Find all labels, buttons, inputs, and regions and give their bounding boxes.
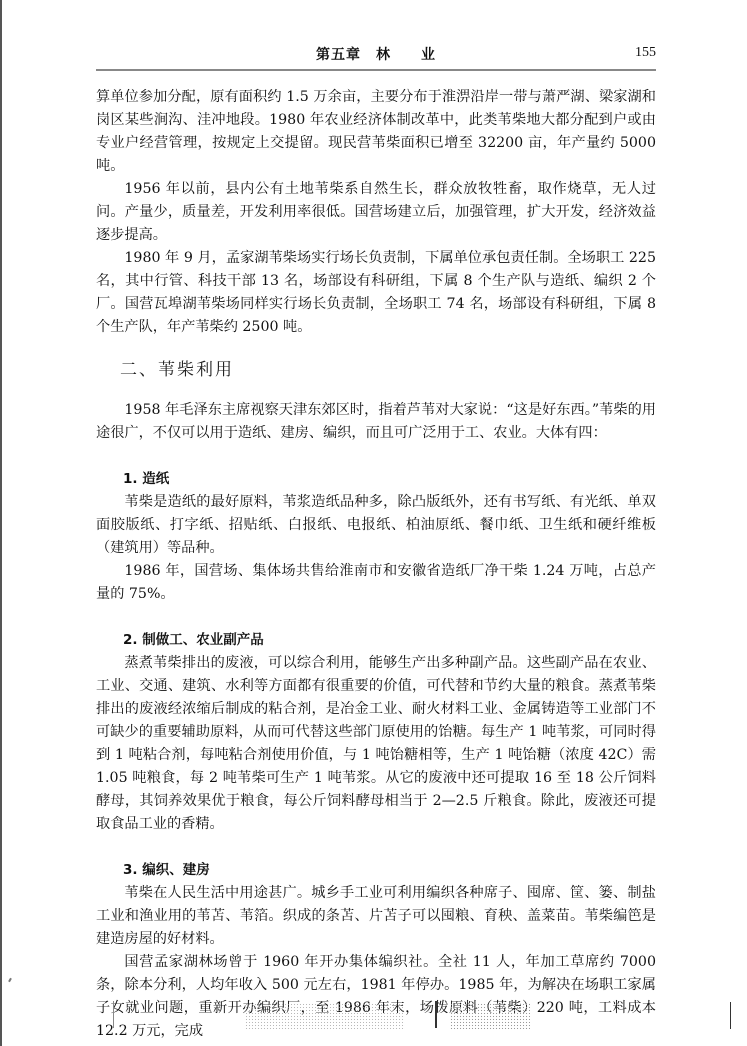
paragraph: 蒸煮苇柴排出的废液，可以综合利用，能够生产出多种副产品。这些副产品在农业、工业、…: [96, 652, 656, 836]
section-heading: 二、苇柴利用: [120, 359, 656, 382]
sub-heading: 1. 造纸: [123, 468, 656, 491]
paragraph: 1980 年 9 月，孟家湖苇柴场实行场长负责制，下属单位承包责任制。全场职工 …: [96, 247, 656, 339]
paragraph: 苇柴是造纸的最好原料，苇浆造纸品种多，除凸版纸外，还有书写纸、有光纸、单双面胶版…: [96, 491, 656, 560]
scan-speck: [8, 978, 12, 982]
spacer: [96, 836, 656, 859]
scan-artifact: [113, 1001, 114, 1028]
paragraph: 1986 年，国营场、集体场共售给淮南市和安徽省造纸厂净干柴 1.24 万吨，占…: [96, 560, 656, 606]
scan-artifact: [730, 1002, 731, 1029]
paragraph: 国营孟家湖林场曾于 1960 年开办集体编织社。全社 11 人，年加工草席约 7…: [96, 951, 656, 1043]
paragraph: 算单位参加分配，原有面积约 1.5 万余亩，主要分布于淮淠沿岸一带与萧严湖、梁家…: [96, 86, 656, 178]
spacer: [96, 445, 656, 468]
scan-edge: [0, 0, 2, 1046]
paragraph: 苇柴在人民生活中用途甚广。城乡手工业可利用编织各种席子、囤席、筐、篓、制盐工业和…: [96, 882, 656, 951]
scan-noise: [450, 1003, 530, 1029]
spacer: [96, 606, 656, 629]
header-rule: [96, 69, 656, 71]
paragraph: 1956 年以前，县内公有土地苇柴系自然生长，群众放牧牲畜，取作烧草，无人过问。…: [96, 178, 656, 247]
body-text: 算单位参加分配，原有面积约 1.5 万余亩，主要分布于淮淠沿岸一带与萧严湖、梁家…: [96, 86, 656, 1043]
scan-artifact: [435, 1001, 437, 1028]
sub-heading: 3. 编织、建房: [123, 859, 656, 882]
scan-noise: [245, 1003, 405, 1029]
page-number: 155: [635, 45, 656, 61]
paragraph: 1958 年毛泽东主席视察天津东郊区时，指着芦苇对大家说：“这是好东西。”苇柴的…: [96, 399, 656, 445]
running-head: 第五章 林 业 155: [96, 44, 656, 66]
chapter-title: 第五章 林 业: [96, 44, 656, 64]
sub-heading: 2. 制做工、农业副产品: [123, 629, 656, 652]
